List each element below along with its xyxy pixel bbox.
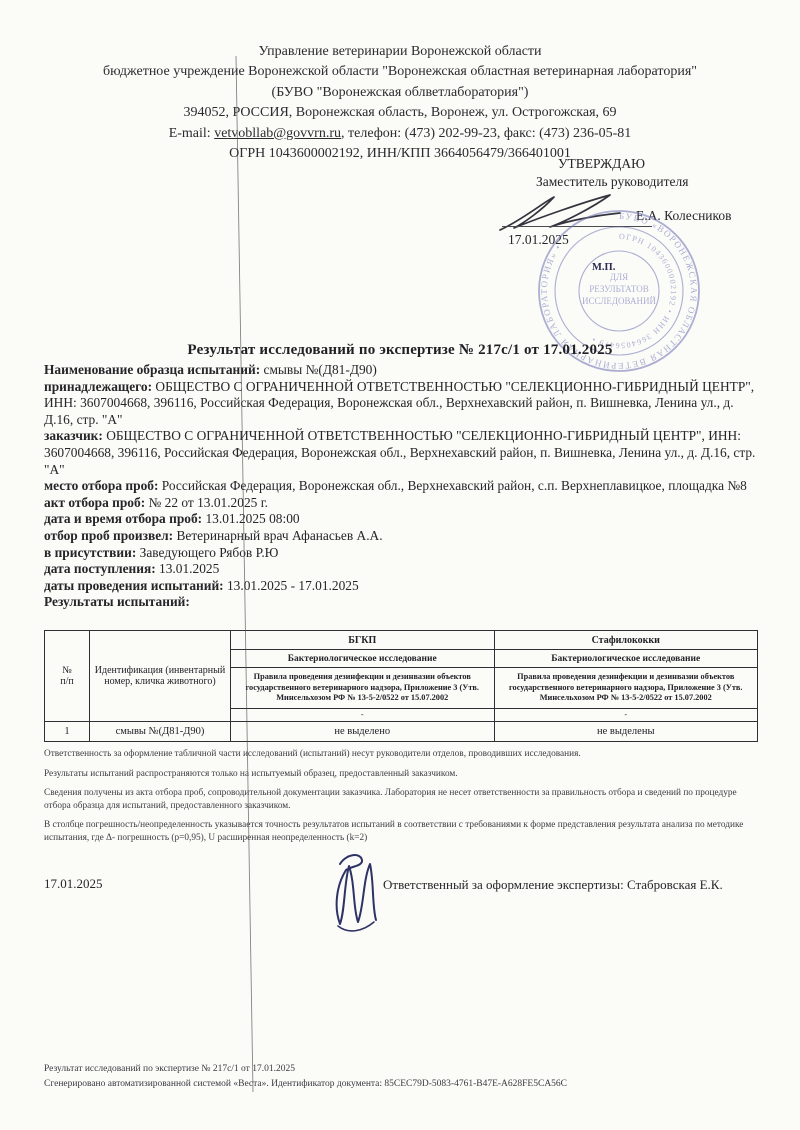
field-sampling-datetime: дата и время отбора проб: 13.01.2025 08:… — [44, 511, 762, 528]
footer-generated-line: Сгенерировано автоматизированной системо… — [44, 1077, 762, 1092]
field-label: принадлежащего: — [44, 379, 152, 394]
field-sampler: отбор проб произвел: Ветеринарный врач А… — [44, 528, 762, 545]
field-label: даты проведения испытаний: — [44, 578, 224, 593]
footnotes-section: Ответственность за оформление табличной … — [44, 748, 762, 852]
field-value: 13.01.2025 - 17.01.2025 — [224, 578, 359, 593]
field-value: Ветеринарный врач Афанасьев А.А. — [173, 528, 382, 543]
field-label: заказчик: — [44, 428, 103, 443]
row-result-bgkp: не выделено — [231, 722, 495, 742]
field-testing-dates: даты проведения испытаний: 13.01.2025 - … — [44, 578, 762, 595]
col-group-bgkp: БГКП — [231, 631, 495, 650]
responsible-signature — [318, 850, 388, 938]
document-title: Результат исследований по экспертизе № 2… — [0, 342, 800, 359]
col-header-num: № п/п — [45, 631, 90, 722]
footnote-2: Результаты испытаний распространяются то… — [44, 768, 762, 781]
email-label: E-mail: — [169, 126, 215, 141]
approve-word: УТВЕРЖДАЮ — [558, 156, 790, 172]
email-link: vetvobllab@govvrn.ru — [214, 126, 341, 141]
table-data-row: 1 смывы №(Д81-Д90) не выделено не выделе… — [45, 722, 758, 742]
field-label: Наименование образца испытаний: — [44, 362, 260, 377]
sample-info-section: Наименование образца испытаний: смывы №(… — [44, 362, 762, 611]
org-contacts-line: E-mail: vetvobllab@govvrn.ru, телефон: (… — [0, 124, 800, 144]
field-value: Заведующего Рябов Р.Ю — [136, 545, 278, 560]
org-authority-line: Управление ветеринарии Воронежской облас… — [0, 42, 800, 62]
stamp-center-line1: ДЛЯ — [610, 272, 628, 282]
field-value: 13.01.2025 08:00 — [202, 511, 299, 526]
field-value: ОБЩЕСТВО С ОГРАНИЧЕННОЙ ОТВЕТСТВЕННОСТЬЮ… — [44, 428, 755, 476]
field-value: Российская Федерация, Воронежская обл., … — [158, 478, 746, 493]
scanned-lab-report-page: Управление ветеринарии Воронежской облас… — [0, 0, 800, 1130]
method-cell-2: Правила проведения дезинфекции и дезинва… — [494, 668, 758, 709]
footnote-4: В столбце погрешность/неопределенность у… — [44, 819, 762, 844]
results-table: № п/п Идентификация (инвентарный номер, … — [44, 630, 758, 742]
field-label: дата и время отбора проб: — [44, 511, 202, 526]
stamp-center-line3: ИССЛЕДОВАНИЙ — [582, 296, 656, 306]
field-sample-name: Наименование образца испытаний: смывы №(… — [44, 362, 762, 379]
footer-expertise-line: Результат исследований по экспертизе № 2… — [44, 1062, 762, 1077]
field-label: в присутствии: — [44, 545, 136, 560]
field-customer: заказчик: ОБЩЕСТВО С ОГРАНИЧЕННОЙ ОТВЕТС… — [44, 428, 762, 478]
phone-fax-text: , телефон: (473) 202-99-23, факс: (473) … — [341, 126, 631, 141]
row-result-staph: не выделены — [494, 722, 758, 742]
org-shortname-line: (БУВО "Воронежская облветлаборатория") — [0, 83, 800, 103]
footnote-3: Сведения получены из акта отбора проб, с… — [44, 787, 762, 812]
field-label: отбор проб произвел: — [44, 528, 173, 543]
subheader-bacteriological-1: Бактериологическое исследование — [231, 650, 495, 668]
approval-block: УТВЕРЖДАЮ Заместитель руководителя Е.А. … — [500, 156, 790, 190]
org-header: Управление ветеринарии Воронежской облас… — [0, 42, 800, 164]
col-header-identification: Идентификация (инвентарный номер, кличка… — [90, 631, 231, 722]
field-value: 13.01.2025 — [156, 561, 220, 576]
stamp-center-line2: РЕЗУЛЬТАТОВ — [589, 284, 649, 294]
org-address-line: 394052, РОССИЯ, Воронежская область, Вор… — [0, 103, 800, 123]
field-label: дата поступления: — [44, 561, 156, 576]
field-value: смывы №(Д81-Д90) — [260, 362, 377, 377]
row-id-cell: смывы №(Д81-Д90) — [90, 722, 231, 742]
field-sampling-act: акт отбора проб: № 22 от 13.01.2025 г. — [44, 495, 762, 512]
field-label: акт отбора проб: — [44, 495, 145, 510]
method-cell-1: Правила проведения дезинфекции и дезинва… — [231, 668, 495, 709]
field-witness: в присутствии: Заведующего Рябов Р.Ю — [44, 545, 762, 562]
row-num-cell: 1 — [45, 722, 90, 742]
field-sampling-place: место отбора проб: Российская Федерация,… — [44, 478, 762, 495]
responsible-person-text: Ответственный за оформление экспертизы: … — [383, 877, 723, 893]
field-label: место отбора проб: — [44, 478, 158, 493]
col-group-staph: Стафилококки — [494, 631, 758, 650]
dash-cell-1: - — [231, 709, 495, 722]
results-heading: Результаты испытаний: — [44, 594, 762, 611]
document-footer: Результат исследований по экспертизе № 2… — [44, 1062, 762, 1092]
org-name-line: бюджетное учреждение Воронежской области… — [0, 62, 800, 82]
footnote-1: Ответственность за оформление табличной … — [44, 748, 762, 761]
signoff-date: 17.01.2025 — [44, 876, 103, 892]
field-value: № 22 от 13.01.2025 г. — [145, 495, 268, 510]
field-owner: принадлежащего: ОБЩЕСТВО С ОГРАНИЧЕННОЙ … — [44, 379, 762, 429]
table-header-row-groups: № п/п Идентификация (инвентарный номер, … — [45, 631, 758, 650]
field-receipt-date: дата поступления: 13.01.2025 — [44, 561, 762, 578]
field-label: Результаты испытаний: — [44, 594, 190, 609]
dash-cell-2: - — [494, 709, 758, 722]
approver-position: Заместитель руководителя — [536, 174, 790, 190]
subheader-bacteriological-2: Бактериологическое исследование — [494, 650, 758, 668]
